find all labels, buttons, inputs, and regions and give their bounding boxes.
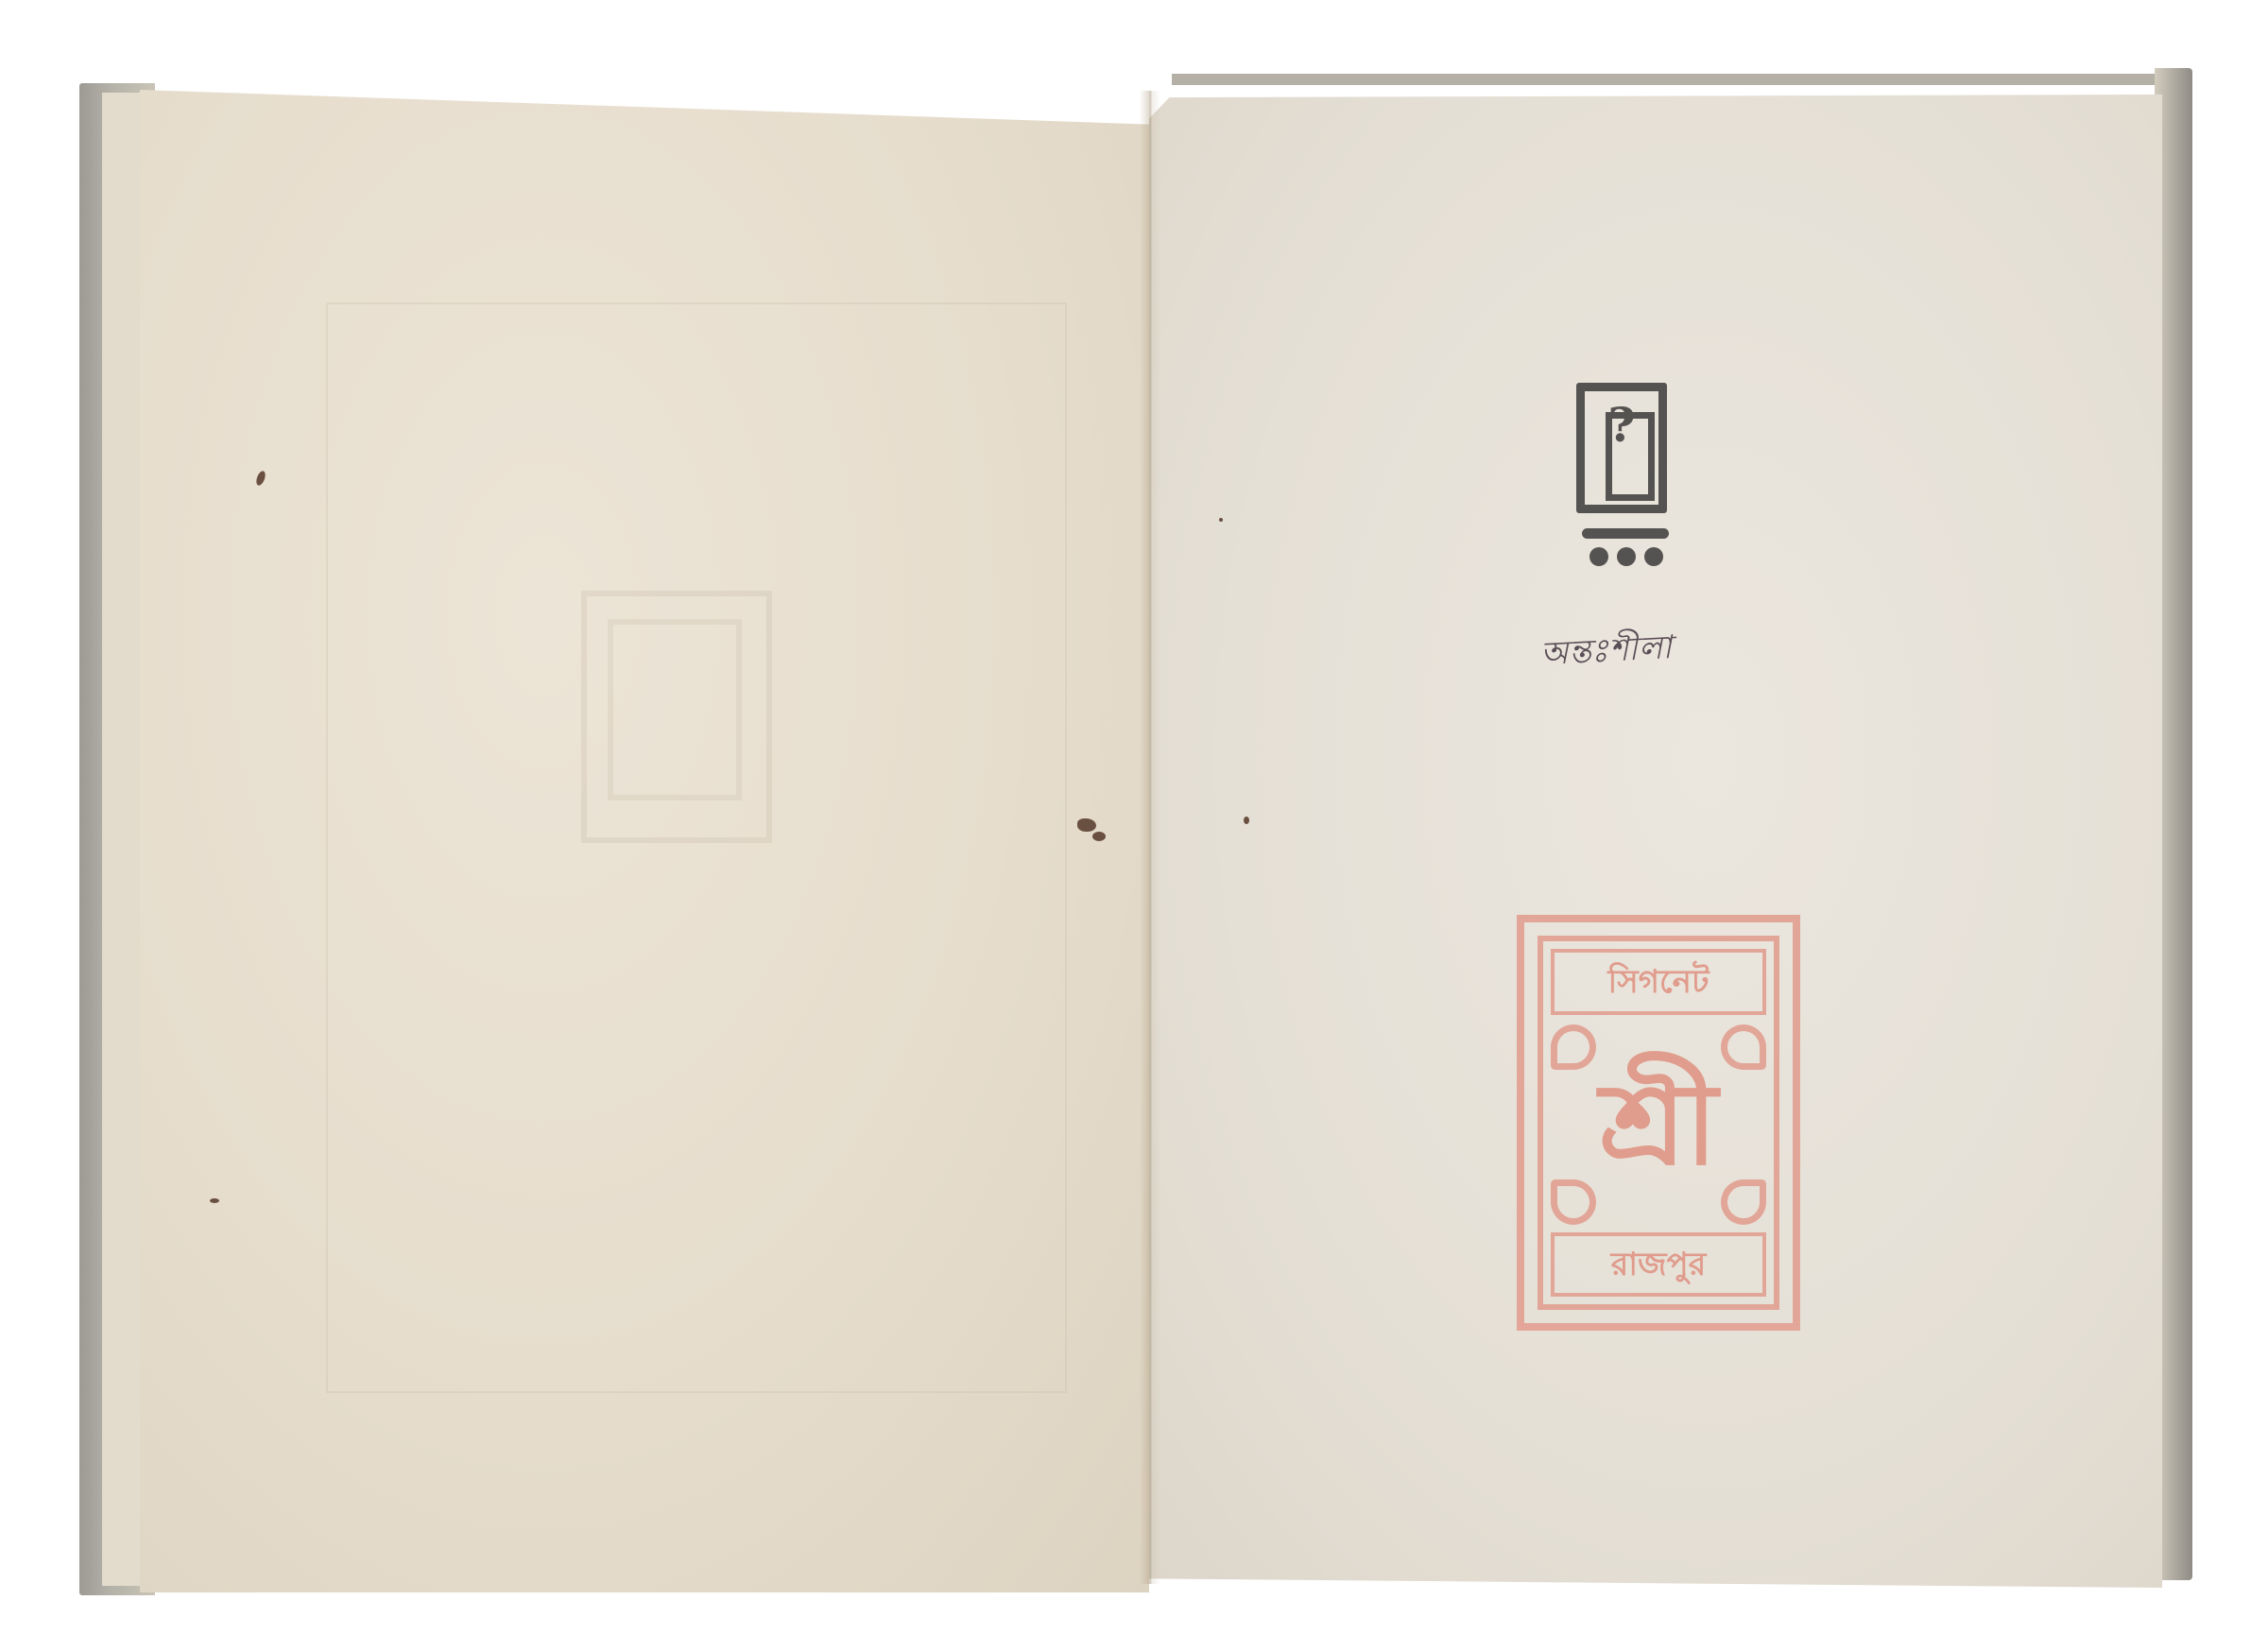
book-cover-top-edge <box>1172 74 2183 85</box>
mark-outer-frame: ? <box>1576 383 1667 513</box>
stamp-center-glyph: শ্রী <box>1543 1055 1774 1196</box>
show-through-logo <box>581 591 772 843</box>
foxing-spot <box>1077 818 1096 832</box>
foxing-spot <box>1219 518 1223 522</box>
foxing-spot <box>1092 832 1106 841</box>
petal-ornament-icon <box>1721 1179 1766 1225</box>
mark-bar <box>1582 528 1669 539</box>
mark-dot <box>1589 547 1608 566</box>
show-through-frame <box>326 302 1067 1393</box>
stamp-top-label: সিগনেট <box>1551 949 1766 1015</box>
publisher-mark: ? <box>1576 383 1671 572</box>
mark-dot <box>1644 547 1663 566</box>
library-stamp: সিগনেট শ্রী রাজপুর <box>1517 915 1800 1331</box>
question-mark-frame-icon: ? <box>1585 395 1658 456</box>
petal-ornament-icon <box>1551 1179 1596 1225</box>
stamp-bottom-label: রাজপুর <box>1551 1232 1766 1297</box>
foxing-spot <box>1244 817 1249 824</box>
stamp-inner-border: সিগনেট শ্রী রাজপুর <box>1538 936 1779 1310</box>
mark-dot <box>1617 547 1636 566</box>
gutter-fold <box>1140 91 1160 1584</box>
right-page <box>1149 79 2162 1588</box>
foxing-spot <box>210 1198 219 1203</box>
